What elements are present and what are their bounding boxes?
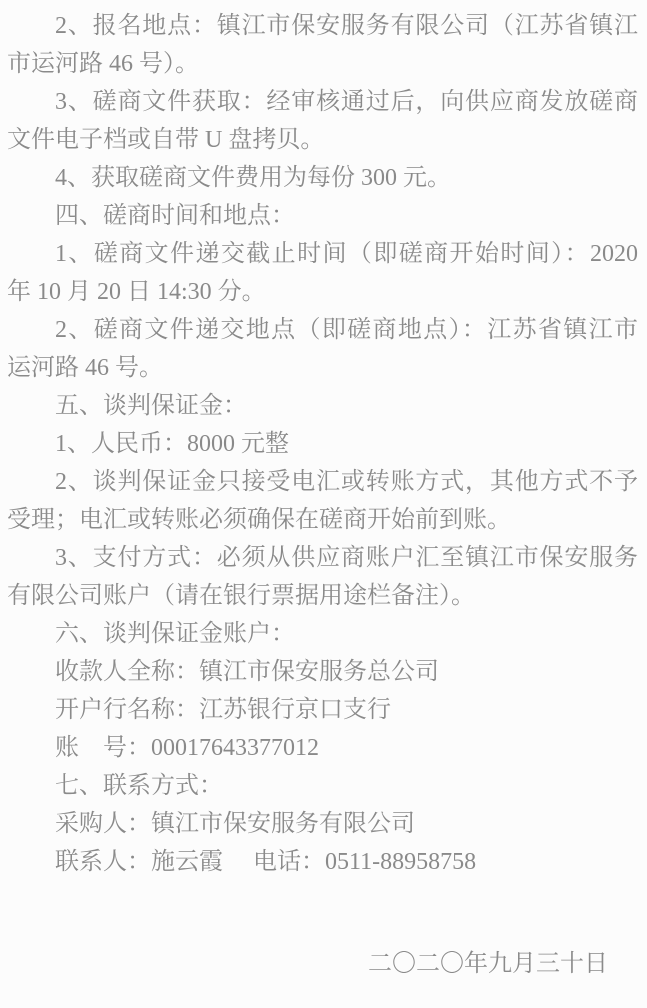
document-line: 收款人全称：镇江市保安服务总公司: [7, 653, 638, 691]
document-section-heading: 五、谈判保证金：: [7, 387, 638, 425]
document-line: 3、磋商文件获取：经审核通过后，向供应商发放磋商: [7, 83, 638, 121]
document-line: 年 10 月 20 日 14:30 分。: [7, 273, 638, 311]
document-line: 2、报名地点：镇江市保安服务有限公司（江苏省镇江: [7, 7, 638, 45]
document-line: 运河路 46 号。: [7, 349, 638, 387]
document-line: 开户行名称：江苏银行京口支行: [7, 691, 638, 729]
document-line: 受理；电汇或转账必须确保在磋商开始前到账。: [7, 501, 638, 539]
document-line: 4、获取磋商文件费用为每份 300 元。: [7, 159, 638, 197]
document-line: 3、支付方式：必须从供应商账户汇至镇江市保安服务: [7, 539, 638, 577]
document-section-heading: 七、联系方式：: [7, 767, 638, 805]
document-line: 市运河路 46 号）。: [7, 45, 638, 83]
document-line: 有限公司账户（请在银行票据用途栏备注）。: [7, 577, 638, 615]
document-line: 1、磋商文件递交截止时间（即磋商开始时间）：2020: [7, 235, 638, 273]
document-line: 联系人：施云霞 电话：0511-88958758: [7, 843, 638, 881]
document-section-heading: 四、磋商时间和地点：: [7, 197, 638, 235]
document-line: 2、谈判保证金只接受电汇或转账方式，其他方式不予: [7, 463, 638, 501]
document-line: 账 号：00017643377012: [7, 729, 638, 767]
document-line: 文件电子档或自带 U 盘拷贝。: [7, 121, 638, 159]
document-date: 二〇二〇年九月三十日: [7, 945, 638, 983]
document-section-heading: 六、谈判保证金账户：: [7, 615, 638, 653]
document-line: 1、人民币：8000 元整: [7, 425, 638, 463]
document-line: 采购人：镇江市保安服务有限公司: [7, 805, 638, 843]
document-page: 2、报名地点：镇江市保安服务有限公司（江苏省镇江 市运河路 46 号）。 3、磋…: [0, 0, 647, 1008]
document-line: 2、磋商文件递交地点（即磋商地点）：江苏省镇江市: [7, 311, 638, 349]
